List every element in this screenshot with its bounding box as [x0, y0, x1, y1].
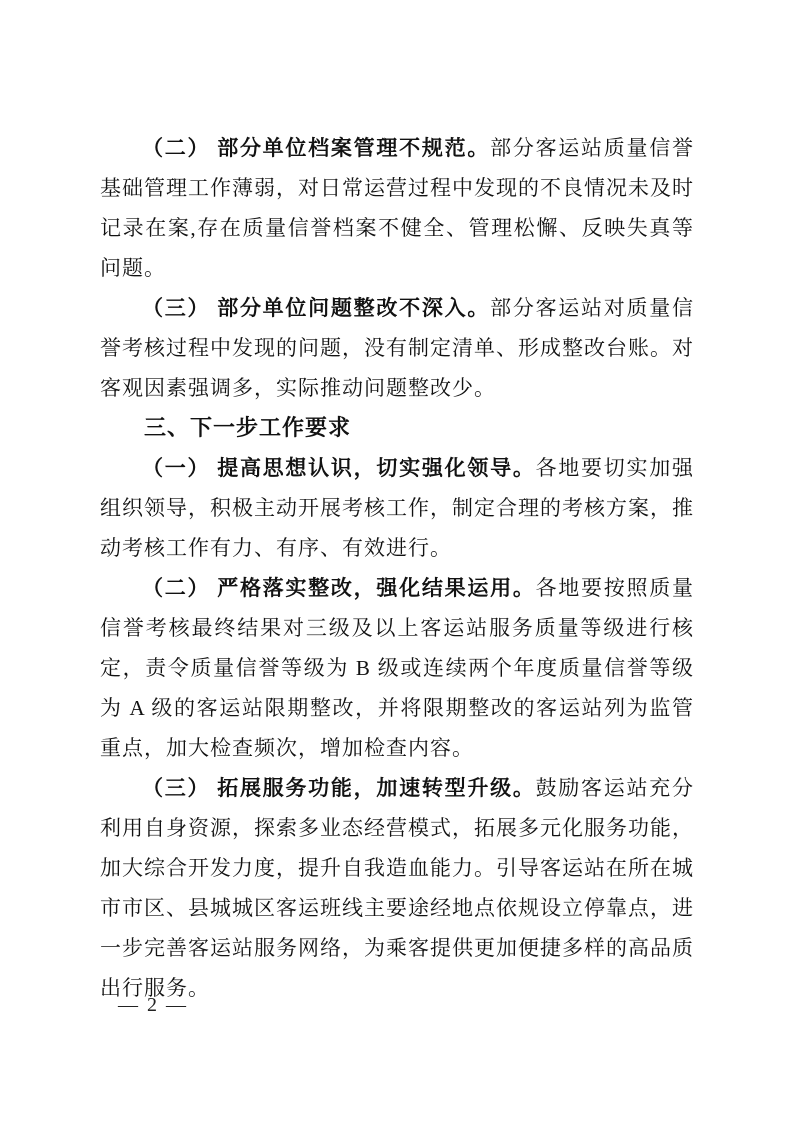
document-body: （二） 部分单位档案管理不规范。部分客运站质量信誉基础管理工作薄弱，对日常运营过… [100, 128, 694, 1008]
document-page: （二） 部分单位档案管理不规范。部分客运站质量信誉基础管理工作薄弱，对日常运营过… [0, 0, 793, 1122]
paragraph-text: 各地要按照质量信誉考核最终结果对三级及以上客运站服务质量等级进行核定，责令质量信… [100, 576, 694, 760]
body-paragraph: （二） 部分单位档案管理不规范。部分客运站质量信誉基础管理工作薄弱，对日常运营过… [100, 128, 694, 288]
paragraph-lead-bold: （二） 部分单位档案管理不规范。 [142, 136, 490, 160]
body-paragraph: （一） 提高思想认识，切实强化领导。各地要切实加强组织领导，积极主动开展考核工作… [100, 448, 694, 568]
body-paragraph: （三） 拓展服务功能，加速转型升级。鼓励客运站充分利用自身资源，探索多业态经营模… [100, 768, 694, 1008]
paragraph-text: 鼓励客运站充分利用自身资源，探索多业态经营模式，拓展多元化服务功能，加大综合开发… [100, 776, 694, 1000]
paragraph-lead-bold: （三） 拓展服务功能，加速转型升级。 [142, 776, 536, 800]
paragraph-lead-bold: （二） 严格落实整改，强化结果运用。 [142, 576, 536, 600]
section-heading: 三、下一步工作要求 [100, 408, 694, 448]
body-paragraph: （二） 严格落实整改，强化结果运用。各地要按照质量信誉考核最终结果对三级及以上客… [100, 568, 694, 768]
paragraph-lead-bold: （三） 部分单位问题整改不深入。 [142, 296, 490, 320]
paragraph-lead-bold: （一） 提高思想认识，切实强化领导。 [142, 456, 536, 480]
page-number: — 2 — [118, 985, 188, 1025]
body-paragraph: （三） 部分单位问题整改不深入。部分客运站对质量信誉考核过程中发现的问题，没有制… [100, 288, 694, 408]
